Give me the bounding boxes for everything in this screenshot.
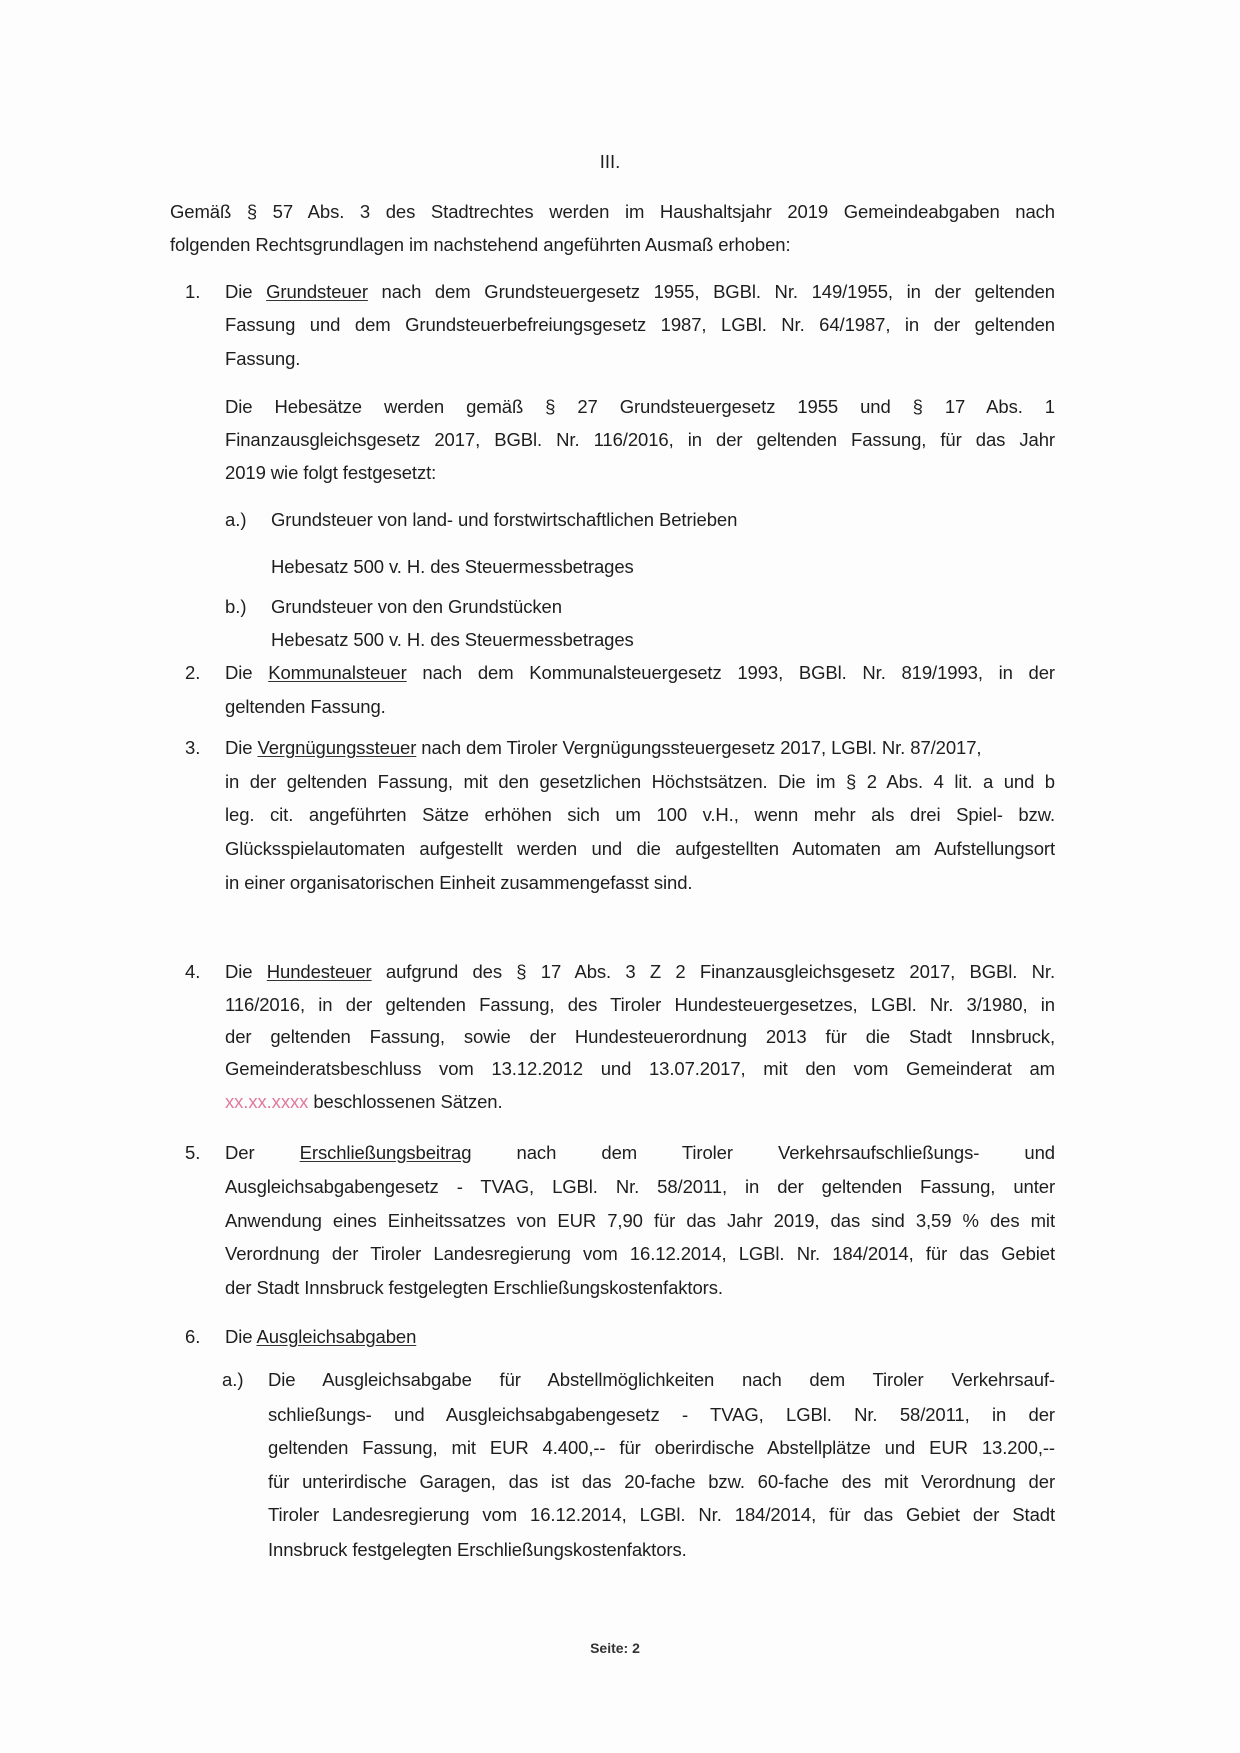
item-1-title: Grundsteuer	[266, 281, 368, 302]
item-5-line-1-rest: nach dem Tiroler Verkehrsaufschließungs-…	[517, 1142, 1055, 1163]
item-2-title: Kommunalsteuer	[268, 662, 406, 683]
subitem-1b-rate: Hebesatz 500 v. H. des Steuermessbetrage…	[271, 628, 634, 652]
item-3-line-2: in der geltenden Fassung, mit den gesetz…	[225, 770, 1055, 794]
hebesatz-line-1: Die Hebesätze werden gemäß § 27 Grundste…	[225, 395, 1055, 419]
item-2-line-2: geltenden Fassung.	[225, 695, 386, 719]
item-6-pre: Die	[225, 1326, 256, 1347]
item-4-line-1: Die Hundesteuer aufgrund des § 17 Abs. 3…	[225, 960, 1055, 984]
subitem-1b-label: b.)	[225, 595, 247, 619]
item-4-pre: Die	[225, 961, 267, 982]
item-3-line-1-rest: nach dem Tiroler Vergnügungssteuergesetz…	[416, 737, 981, 758]
subitem-6a-line-5: Tiroler Landesregierung vom 16.12.2014, …	[268, 1503, 1055, 1527]
subitem-6a-line-6: Innsbruck festgelegten Erschließungskost…	[268, 1538, 687, 1562]
item-5-line-3: Anwendung eines Einheitssatzes von EUR 7…	[225, 1209, 1055, 1233]
item-5-title: Erschließungsbeitrag	[300, 1142, 472, 1163]
item-2-pre: Die	[225, 662, 268, 683]
item-3-line-5: in einer organisatorischen Einheit zusam…	[225, 871, 692, 895]
item-1-line-2: Fassung und dem Grundsteuerbefreiungsges…	[225, 313, 1055, 337]
subitem-6a-label: a.)	[222, 1368, 244, 1392]
subitem-6a-line-2: schließungs- und Ausgleichsabgabengesetz…	[268, 1403, 1055, 1427]
intro-line-1: Gemäß § 57 Abs. 3 des Stadtrechtes werde…	[170, 200, 1055, 224]
item-5-number: 5.	[185, 1141, 200, 1165]
item-5-line-2: Ausgleichsabgabengesetz - TVAG, LGBl. Nr…	[225, 1175, 1055, 1199]
document-page: III. Gemäß § 57 Abs. 3 des Stadtrechtes …	[0, 0, 1240, 1753]
section-heading: III.	[560, 150, 660, 174]
hebesatz-line-2: Finanzausgleichsgesetz 2017, BGBl. Nr. 1…	[225, 428, 1055, 452]
item-1-line-3: Fassung.	[225, 347, 300, 371]
item-1-line-1-rest: nach dem Grundsteuergesetz 1955, BGBl. N…	[382, 281, 1055, 302]
item-6-number: 6.	[185, 1325, 200, 1349]
item-5-line-4: Verordnung der Tiroler Landesregierung v…	[225, 1242, 1055, 1266]
subitem-6a-line-4: für unterirdische Garagen, das ist das 2…	[268, 1470, 1055, 1494]
item-4-line-2: 116/2016, in der geltenden Fassung, des …	[225, 993, 1055, 1017]
item-4-number: 4.	[185, 960, 200, 984]
date-placeholder: xx.xx.xxxx	[225, 1091, 308, 1112]
hebesatz-line-3: 2019 wie folgt festgesetzt:	[225, 461, 436, 485]
item-4-line-4: Gemeinderatsbeschluss vom 13.12.2012 und…	[225, 1057, 1055, 1081]
item-3-pre: Die	[225, 737, 258, 758]
subitem-6a-line-1: Die Ausgleichsabgabe für Abstellmöglichk…	[268, 1368, 1055, 1392]
subitem-1a-rate: Hebesatz 500 v. H. des Steuermessbetrage…	[271, 555, 634, 579]
item-2-line-1: Die Kommunalsteuer nach dem Kommunalsteu…	[225, 661, 1055, 685]
item-6-line-1: Die Ausgleichsabgaben	[225, 1325, 416, 1349]
item-1-line-1: Die Grundsteuer nach dem Grundsteuergese…	[225, 280, 1055, 304]
item-5-line-1: Der Erschließungsbeitrag nach dem Tirole…	[225, 1141, 1055, 1165]
item-5-line-5: der Stadt Innsbruck festgelegten Erschli…	[225, 1276, 723, 1300]
item-4-title: Hundesteuer	[267, 961, 372, 982]
item-2-number: 2.	[185, 661, 200, 685]
subitem-1a-title: Grundsteuer von land- und forstwirtschaf…	[271, 508, 737, 532]
item-3-line-4: Glücksspielautomaten aufgestellt werden …	[225, 837, 1055, 861]
item-3-title: Vergnügungssteuer	[258, 737, 417, 758]
subitem-1a-label: a.)	[225, 508, 247, 532]
item-4-line-3: der geltenden Fassung, sowie der Hundest…	[225, 1025, 1055, 1049]
page-number: Seite: 2	[540, 1639, 690, 1657]
item-4-line-5: xx.xx.xxxx beschlossenen Sätzen.	[225, 1090, 503, 1114]
item-5-pre: Der	[225, 1142, 300, 1163]
item-2-line-1-rest: nach dem Kommunalsteuergesetz 1993, BGBl…	[422, 662, 1055, 683]
item-3-line-1: Die Vergnügungssteuer nach dem Tiroler V…	[225, 736, 1055, 760]
item-1-number: 1.	[185, 280, 200, 304]
subitem-1b-title: Grundsteuer von den Grundstücken	[271, 595, 562, 619]
intro-line-2: folgenden Rechtsgrundlagen im nachstehen…	[170, 233, 790, 257]
subitem-6a-line-3: geltenden Fassung, mit EUR 4.400,-- für …	[268, 1436, 1055, 1460]
item-3-number: 3.	[185, 736, 200, 760]
item-4-line-5-rest: beschlossenen Sätzen.	[308, 1091, 502, 1112]
item-1-pre: Die	[225, 281, 266, 302]
item-6-title: Ausgleichsabgaben	[256, 1326, 416, 1347]
item-3-line-3: leg. cit. angeführten Sätze erhöhen sich…	[225, 803, 1055, 827]
item-4-line-1-rest: aufgrund des § 17 Abs. 3 Z 2 Finanzausgl…	[386, 961, 1055, 982]
